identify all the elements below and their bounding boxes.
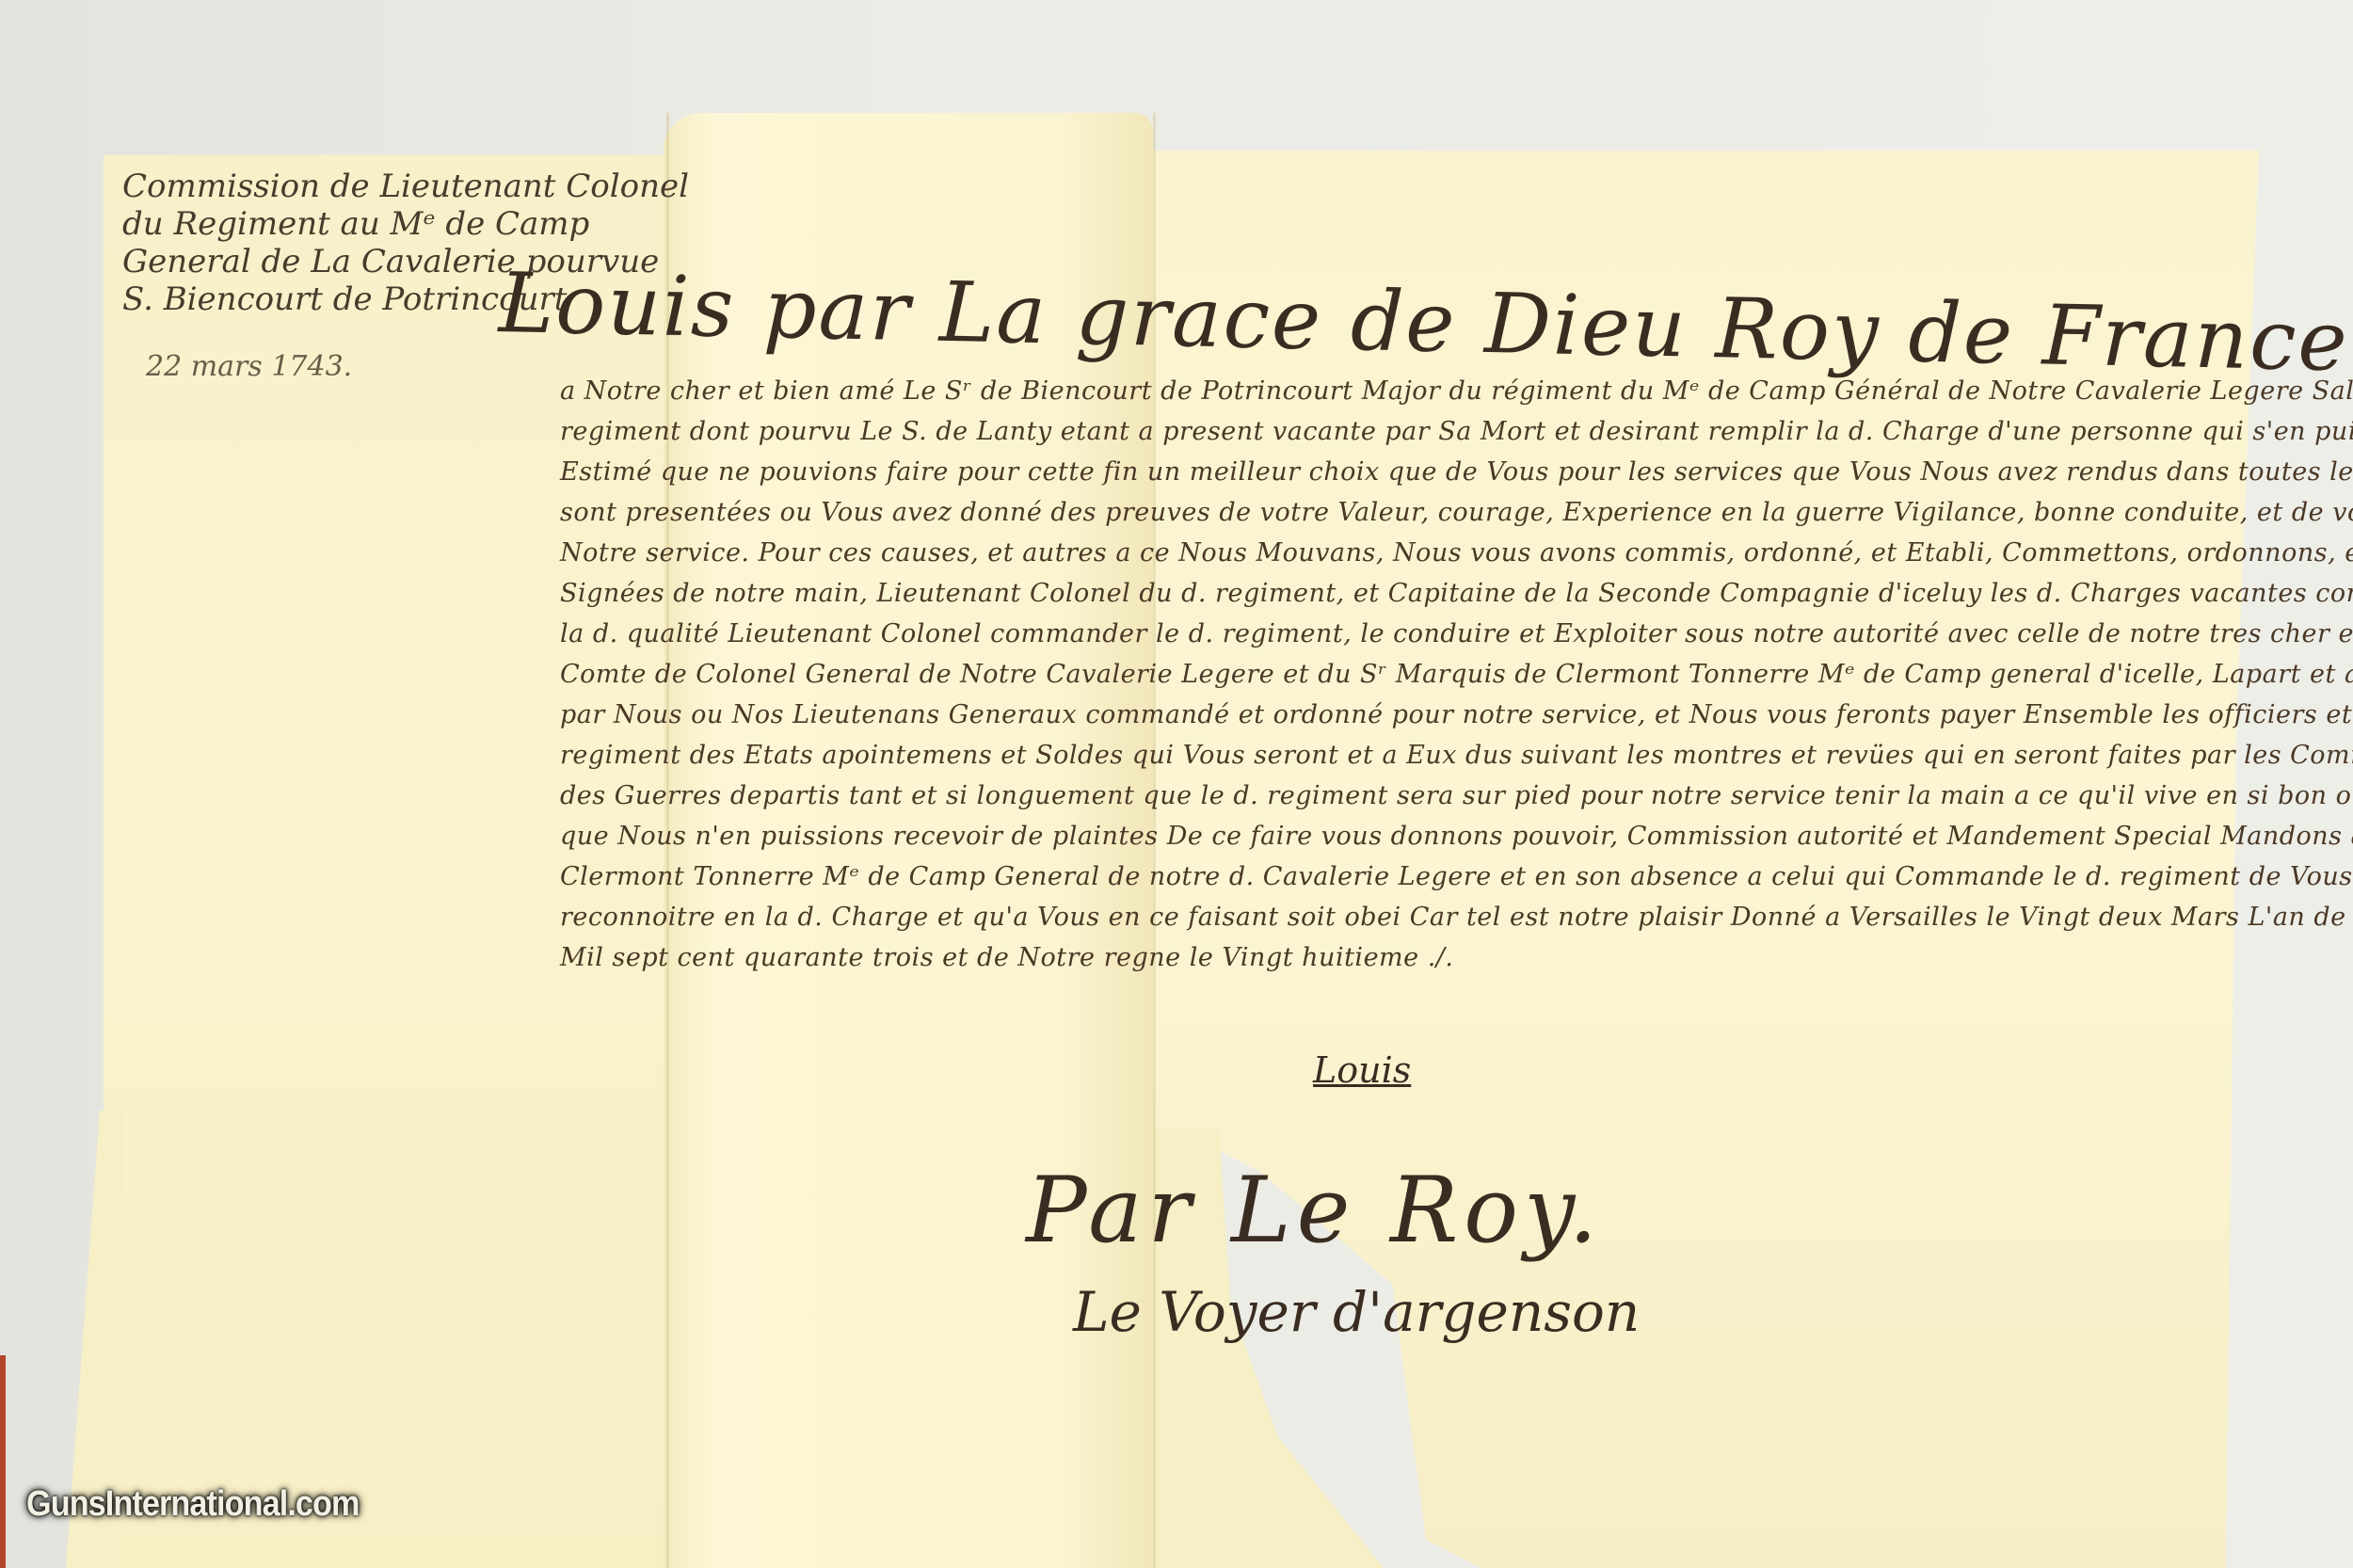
body-line: par Nous ou Nos Lieutenans Generaux comm… [560, 700, 2353, 729]
watermark-logo: GunsInternational.com [26, 1484, 360, 1525]
margin-date: 22 mars 1743. [146, 350, 352, 383]
body-line: des Guerres departis tant et si longueme… [560, 781, 2353, 810]
red-object-edge [0, 1355, 6, 1568]
body-line: a Notre cher et bien amé Le Sʳ de Bienco… [560, 376, 2353, 406]
body-line: Signées de notre main, Lieutenant Colone… [560, 579, 2353, 608]
countersignature: Le Voyer d'argenson [1073, 1280, 1640, 1344]
body-line: la d. qualité Lieutenant Colonel command… [560, 619, 2353, 648]
body-line: regiment dont pourvu Le S. de Lanty etan… [560, 417, 2353, 446]
body-line: Clermont Tonnerre Mᵉ de Camp General de … [560, 862, 2353, 891]
body-line: que Nous n'en puissions recevoir de plai… [560, 822, 2353, 851]
margin-note-line: du Regiment au Mᵉ de Camp [122, 205, 589, 243]
body-line: sont presentées ou Vous avez donné des p… [560, 498, 2353, 527]
body-line: Notre service. Pour ces causes, et autre… [560, 538, 2353, 568]
body-line: Estimé que ne pouvions faire pour cette … [560, 457, 2353, 487]
margin-note-line: Commission de Lieutenant Colonel [122, 168, 689, 205]
body-line: Comte de Colonel General de Notre Cavale… [560, 660, 2353, 689]
king-signature: Louis [1313, 1049, 1411, 1091]
attestation-par-le-roy: Par Le Roy. [1026, 1158, 1603, 1263]
body-line: regiment des Etats apointemens et Soldes… [560, 741, 2353, 770]
body-line: Mil sept cent quarante trois et de Notre… [560, 943, 1453, 972]
body-line: reconnoitre en la d. Charge et qu'a Vous… [560, 903, 2353, 932]
